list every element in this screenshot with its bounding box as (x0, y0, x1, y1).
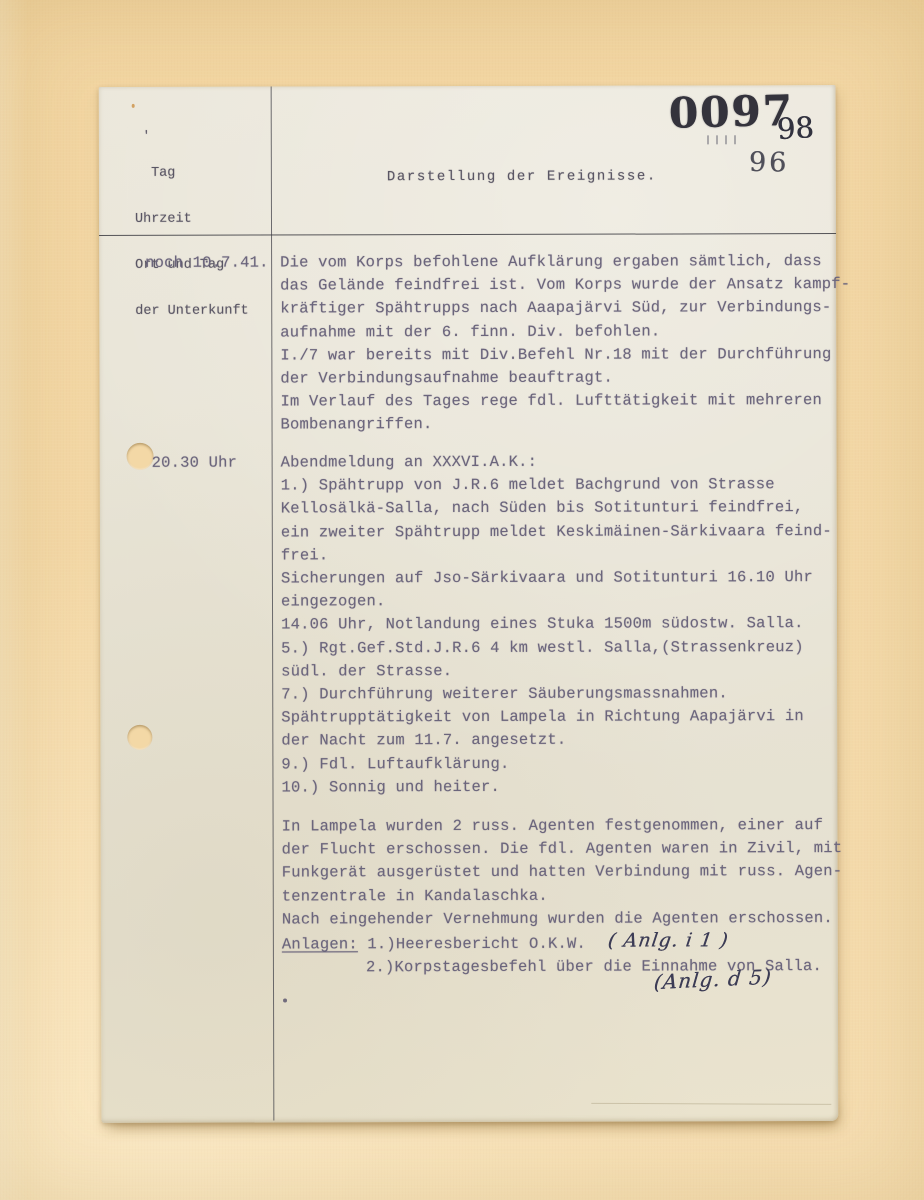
text-line: tenzentrale in Kandalaschka. (282, 884, 830, 909)
handwritten-note-2: (Anlg. d 5) (653, 965, 773, 995)
text-line: der Nacht zum 11.7. angesetzt. (281, 728, 829, 753)
entry-time-label: 20.30 Uhr (152, 452, 238, 475)
attachment-item-1: 1.)Heeresbericht O.K.W. (358, 935, 586, 954)
attachments-line-1: Anlagen: 1.)Heeresbericht O.K.W.( Anlg. … (282, 930, 830, 957)
page-number-small-stamp: 96 (749, 147, 790, 179)
text-line: 1.) Spähtrupp von J.R.6 meldet Bachgrund… (281, 473, 829, 498)
text-line: Im Verlauf des Tages rege fdl. Lufttätig… (280, 389, 828, 414)
text-line: Spähtrupptätigkeit von Lampela in Richtu… (281, 705, 829, 730)
text-line: 10.) Sonnig und heiter. (281, 775, 829, 800)
entry-text-block: Die vom Korps befohlene Aufklärung ergab… (280, 250, 828, 437)
punch-hole-bottom (127, 725, 152, 750)
entry-text-block: In Lampela wurden 2 russ. Agenten festge… (282, 814, 830, 980)
text-line: Kellosälkä-Salla, nach Süden bis Sotitun… (281, 496, 829, 521)
table-vertical-rule (271, 87, 275, 1121)
text-line: I./7 war bereits mit Div.Befehl Nr.18 mi… (280, 343, 828, 368)
text-line: der Flucht erschossen. Die fdl. Agenten … (282, 837, 830, 862)
text-line: südl. der Strasse. (281, 659, 829, 684)
text-line: frei. (281, 543, 829, 568)
handwritten-note-1: ( Anlg. i 1 ) (606, 929, 730, 953)
header-line-tag: Tag (135, 165, 248, 181)
entry-row-2030-uhr: 20.30 Uhr Abendmeldung an XXXVI.A.K.:1.)… (100, 450, 837, 452)
text-line: der Verbindungsaufnahme beauftragt. (280, 366, 828, 391)
text-line: Bombenangriffen. (281, 412, 829, 437)
anlagen-label: Anlagen: (282, 935, 358, 953)
header-left-column: Tag Uhrzeit Ort und Tag der Unterkunft (135, 135, 249, 351)
column-header-darstellung: Darstellung der Ereignisse. (387, 169, 657, 186)
text-line: eingezogen. (281, 589, 829, 614)
paper-speck (132, 104, 135, 108)
document-page: ' Tag Uhrzeit Ort und Tag der Unterkunft… (99, 85, 839, 1123)
text-line: das Gelände feindfrei ist. Vom Korps wur… (280, 273, 828, 298)
paper-crease (591, 1103, 831, 1105)
text-line: aufnahme mit der 6. finn. Div. befohlen. (280, 320, 828, 345)
header-line-unterkunft: der Unterkunft (135, 304, 248, 320)
text-line: 7.) Durchführung weiterer Säuberungsmass… (281, 682, 829, 707)
entry-lines: In Lampela wurden 2 russ. Agenten festge… (282, 814, 830, 931)
text-line: 5.) Rgt.Gef.Std.J.R.6 4 km westl. Salla,… (281, 636, 829, 661)
text-line: In Lampela wurden 2 russ. Agenten festge… (282, 814, 830, 839)
text-line: Sicherungen auf Jso-Särkivaara und Sotit… (281, 566, 829, 591)
text-line: ein zweiter Spähtrupp meldet Keskimäinen… (281, 520, 829, 545)
text-line: Nach eingehender Vernehmung wurden die A… (282, 907, 830, 932)
text-line: Abendmeldung an XXXVI.A.K.: (281, 450, 829, 475)
text-line: 14.06 Uhr, Notlandung eines Stuka 1500m … (281, 612, 829, 637)
text-line: Die vom Korps befohlene Aufklärung ergab… (280, 250, 828, 275)
text-line: 9.) Fdl. Luftaufklärung. (281, 752, 829, 777)
ink-dot (283, 998, 287, 1002)
page-number-handwritten: 98 (776, 110, 815, 146)
entry-text-block: Abendmeldung an XXXVI.A.K.:1.) Spähtrupp… (281, 450, 830, 799)
entry-row-agents: In Lampela wurden 2 russ. Agenten festge… (101, 814, 838, 816)
faint-stamp-marks (707, 135, 741, 144)
entry-date-label: noch 10.7.41. (145, 252, 269, 276)
text-line: Funkgerät ausgerüstet und hatten Verbind… (282, 860, 830, 885)
text-line: kräftiger Spähtrupps nach Aaapajärvi Süd… (280, 296, 828, 321)
punch-hole-top (127, 443, 154, 470)
header-line-uhrzeit: Uhrzeit (135, 212, 248, 228)
